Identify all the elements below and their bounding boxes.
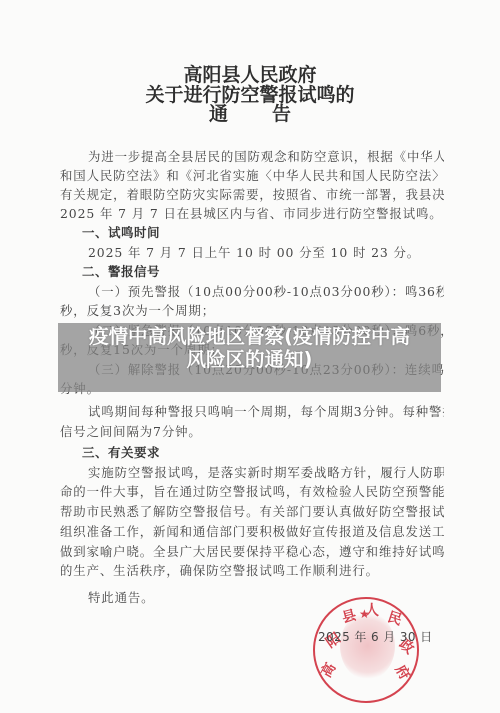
section3-line: 的生产、生活秩序，确保防空警报试鸣工作顺利进行。 <box>60 563 444 579</box>
intro-line: 有关规定，着眼防空防灾实际需要，按照省、市统一部署，我县决定于 <box>60 187 444 203</box>
headline-overlay-text: 疫情中高风险地区督察(疫情防控中高 风险区的通知) <box>58 325 441 371</box>
section2-line: 信号之间间隔为7分钟。 <box>60 424 444 440</box>
section1-line: 2025 年 7 月 7 日上午 10 时 00 分至 10 时 23 分。 <box>88 245 444 261</box>
notice-label: 通告 <box>0 104 500 124</box>
intro-line: 和国人民防空法》和《河北省实施〈中华人民共和国人民防空法〉办法》 <box>60 168 444 184</box>
section-heading-requirements: 三、有关要求 <box>82 445 282 461</box>
intro-line: 2025 年 7 月 7 日在县城区内与省、市同步进行防空警报试鸣。 <box>60 206 444 222</box>
section2-line: 秒，反复3次为一个周期； <box>60 303 444 319</box>
section3-line: 组织准备工作，新闻和通信部门要积极做好宣传报道及信息发送工作， <box>60 524 444 540</box>
section-heading-signal: 二、警报信号 <box>82 264 282 280</box>
section2-line: （一）预先警报（10点00分00秒-10点03分00秒）：鸣36秒，停24 <box>88 284 444 300</box>
section-heading-time: 一、试鸣时间 <box>82 225 282 241</box>
notice-document: 高阳县人民政府 关于进行防空警报试鸣的 通告 为进一步提高全县居民的国防观念和防… <box>0 0 500 713</box>
headline-line-1: 疫情中高风险地区督察(疫情防控中高 <box>58 325 441 348</box>
section3-line: 帮助市民熟悉了解防空警报信号。有关部门要认真做好防空警报试鸣的 <box>60 504 444 520</box>
issuer-title: 高阳县人民政府 <box>0 65 500 85</box>
section3-line: 命的一件大事，旨在通过防空警报试鸣，有效检验人民防空预警能力， <box>60 484 444 500</box>
section3-line: 实施防空警报试鸣，是落实新时期军委战略方针，履行人防职责使 <box>88 465 444 481</box>
intro-line: 为进一步提高全县居民的国防观念和防空意识，根据《中华人民共 <box>88 149 444 165</box>
notice-subject-title: 关于进行防空警报试鸣的 <box>0 85 500 105</box>
seal-char: 人 <box>365 600 379 620</box>
section3-line: 做到家喻户晓。全县广大居民要保持平稳心态，遵守和维持好试鸣期间 <box>60 544 444 560</box>
headline-line-2: 风险区的通知) <box>58 348 441 371</box>
notice-label-left: 通 <box>209 103 228 125</box>
notice-label-right: 告 <box>272 103 291 125</box>
issue-date: 2025 年 6 月 30 日 <box>318 628 433 645</box>
section2-line: 试鸣期间每种警报只鸣响一个周期，每个周期3分钟。每种警报 <box>88 404 444 420</box>
